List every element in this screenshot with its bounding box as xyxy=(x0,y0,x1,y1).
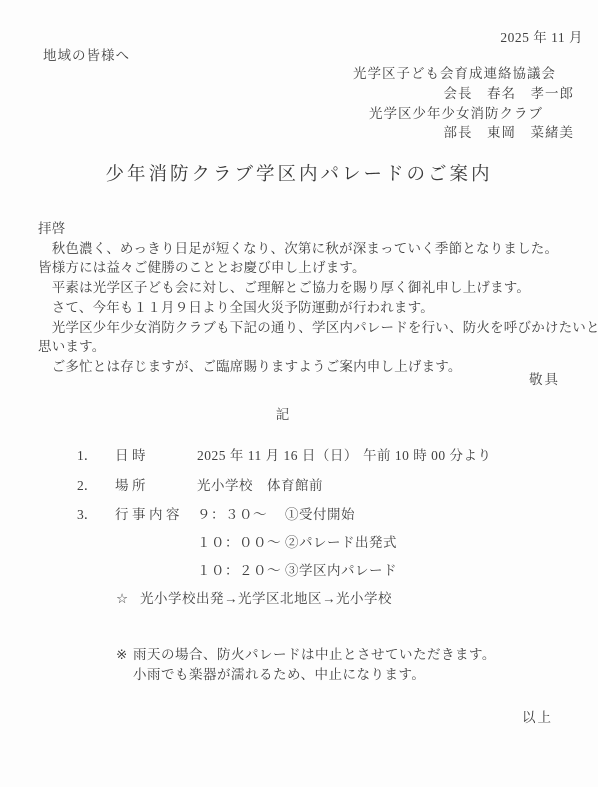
body-line: 皆様方には益々ご健勝のこととお慶び申し上げます。 xyxy=(38,258,560,278)
reference-marker-icon: ※ xyxy=(116,648,127,662)
schedule-time: ９：３０～ xyxy=(197,508,267,522)
closing-word: 敬具 xyxy=(529,373,560,387)
item-value-place: 光小学校 体育館前 xyxy=(197,479,323,493)
body-line: 思います。 xyxy=(38,337,560,357)
schedule-event: ①受付開始 xyxy=(285,508,355,522)
rain-note-line: 雨天の場合、防火パレードは中止とさせていただきます。 xyxy=(133,648,496,662)
body-line: 光学区少年少女消防クラブも下記の通り、学区内パレードを行い、防火を呼びかけたいと xyxy=(38,318,560,338)
item-number: 3． xyxy=(77,508,97,522)
sender-org-club: 光学区少年少女消防クラブ xyxy=(369,107,543,121)
salutation: 拝啓 xyxy=(38,219,560,239)
record-marker: 記 xyxy=(0,408,566,422)
item-row-datetime: 1． 日時 2025 年 11 月 16 日（日） 午前 10 時 00 分より xyxy=(0,449,598,465)
item-number: 1． xyxy=(77,449,97,463)
schedule-event: ③学区内パレード xyxy=(285,564,397,578)
schedule-row: １０：２０～ ③学区内パレード xyxy=(0,564,598,580)
issue-date: 2025 年 11 月 xyxy=(500,31,583,45)
end-marker: 以上 xyxy=(522,711,553,725)
item-value-date: 2025 年 11 月 16 日（日） xyxy=(197,449,358,463)
route-text: 光小学校出発→光学区北地区→光小学校 xyxy=(140,592,392,606)
star-marker-icon: ☆ xyxy=(116,592,128,606)
item-value-time: 午前 10 時 00 分より xyxy=(363,449,492,463)
schedule-time: １０：００～ xyxy=(197,536,281,550)
body-line: さて、今年も１１月９日より全国火災予防運動が行われます。 xyxy=(38,298,560,318)
body-line: ご多忙とは存じますが、ご臨席賜りますようご案内申し上げます。 xyxy=(38,357,560,377)
schedule-time: １０：２０～ xyxy=(197,564,281,578)
rain-note: ※ 雨天の場合、防火パレードは中止とさせていただきます。 xyxy=(0,648,598,664)
sender-chairman: 会長 春名 孝一郎 xyxy=(444,87,575,101)
rain-note-continued: 小雨でも楽器が濡れるため、中止になります。 xyxy=(0,668,598,684)
schedule-event: ②パレード出発式 xyxy=(285,536,397,550)
letter-title: 少年消防クラブ学区内パレードのご案内 xyxy=(0,166,598,185)
item-row-program: 3． 行事内容 ９：３０～ ①受付開始 xyxy=(0,508,598,524)
item-number: 2． xyxy=(77,479,97,493)
letter-body: 拝啓 秋色濃く、めっきり日足が短くなり、次第に秋が深まっていく季節となりました。… xyxy=(38,219,560,377)
item-row-place: 2． 場所 光小学校 体育館前 xyxy=(0,479,598,495)
item-label: 日時 xyxy=(115,449,149,463)
rain-note-line: 小雨でも楽器が濡れるため、中止になります。 xyxy=(133,668,425,682)
item-label: 場所 xyxy=(115,479,149,493)
addressee: 地域の皆様へ xyxy=(43,49,130,63)
sender-club-leader: 部長 東岡 菜緒美 xyxy=(444,126,575,140)
body-line: 秋色濃く、めっきり日足が短くなり、次第に秋が深まっていく季節となりました。 xyxy=(38,239,560,259)
route-note: ☆ 光小学校出発→光学区北地区→光小学校 xyxy=(0,592,598,608)
item-label: 行事内容 xyxy=(115,508,183,522)
sender-org-council: 光学区子ども会育成連絡協議会 xyxy=(353,67,556,81)
body-line: 平素は光学区子ども会に対し、ご理解とご協力を賜り厚く御礼申し上げます。 xyxy=(38,278,560,298)
schedule-row: １０：００～ ②パレード出発式 xyxy=(0,536,598,552)
scanned-letter-page: 2025 年 11 月 地域の皆様へ 光学区子ども会育成連絡協議会 会長 春名 … xyxy=(0,0,598,787)
